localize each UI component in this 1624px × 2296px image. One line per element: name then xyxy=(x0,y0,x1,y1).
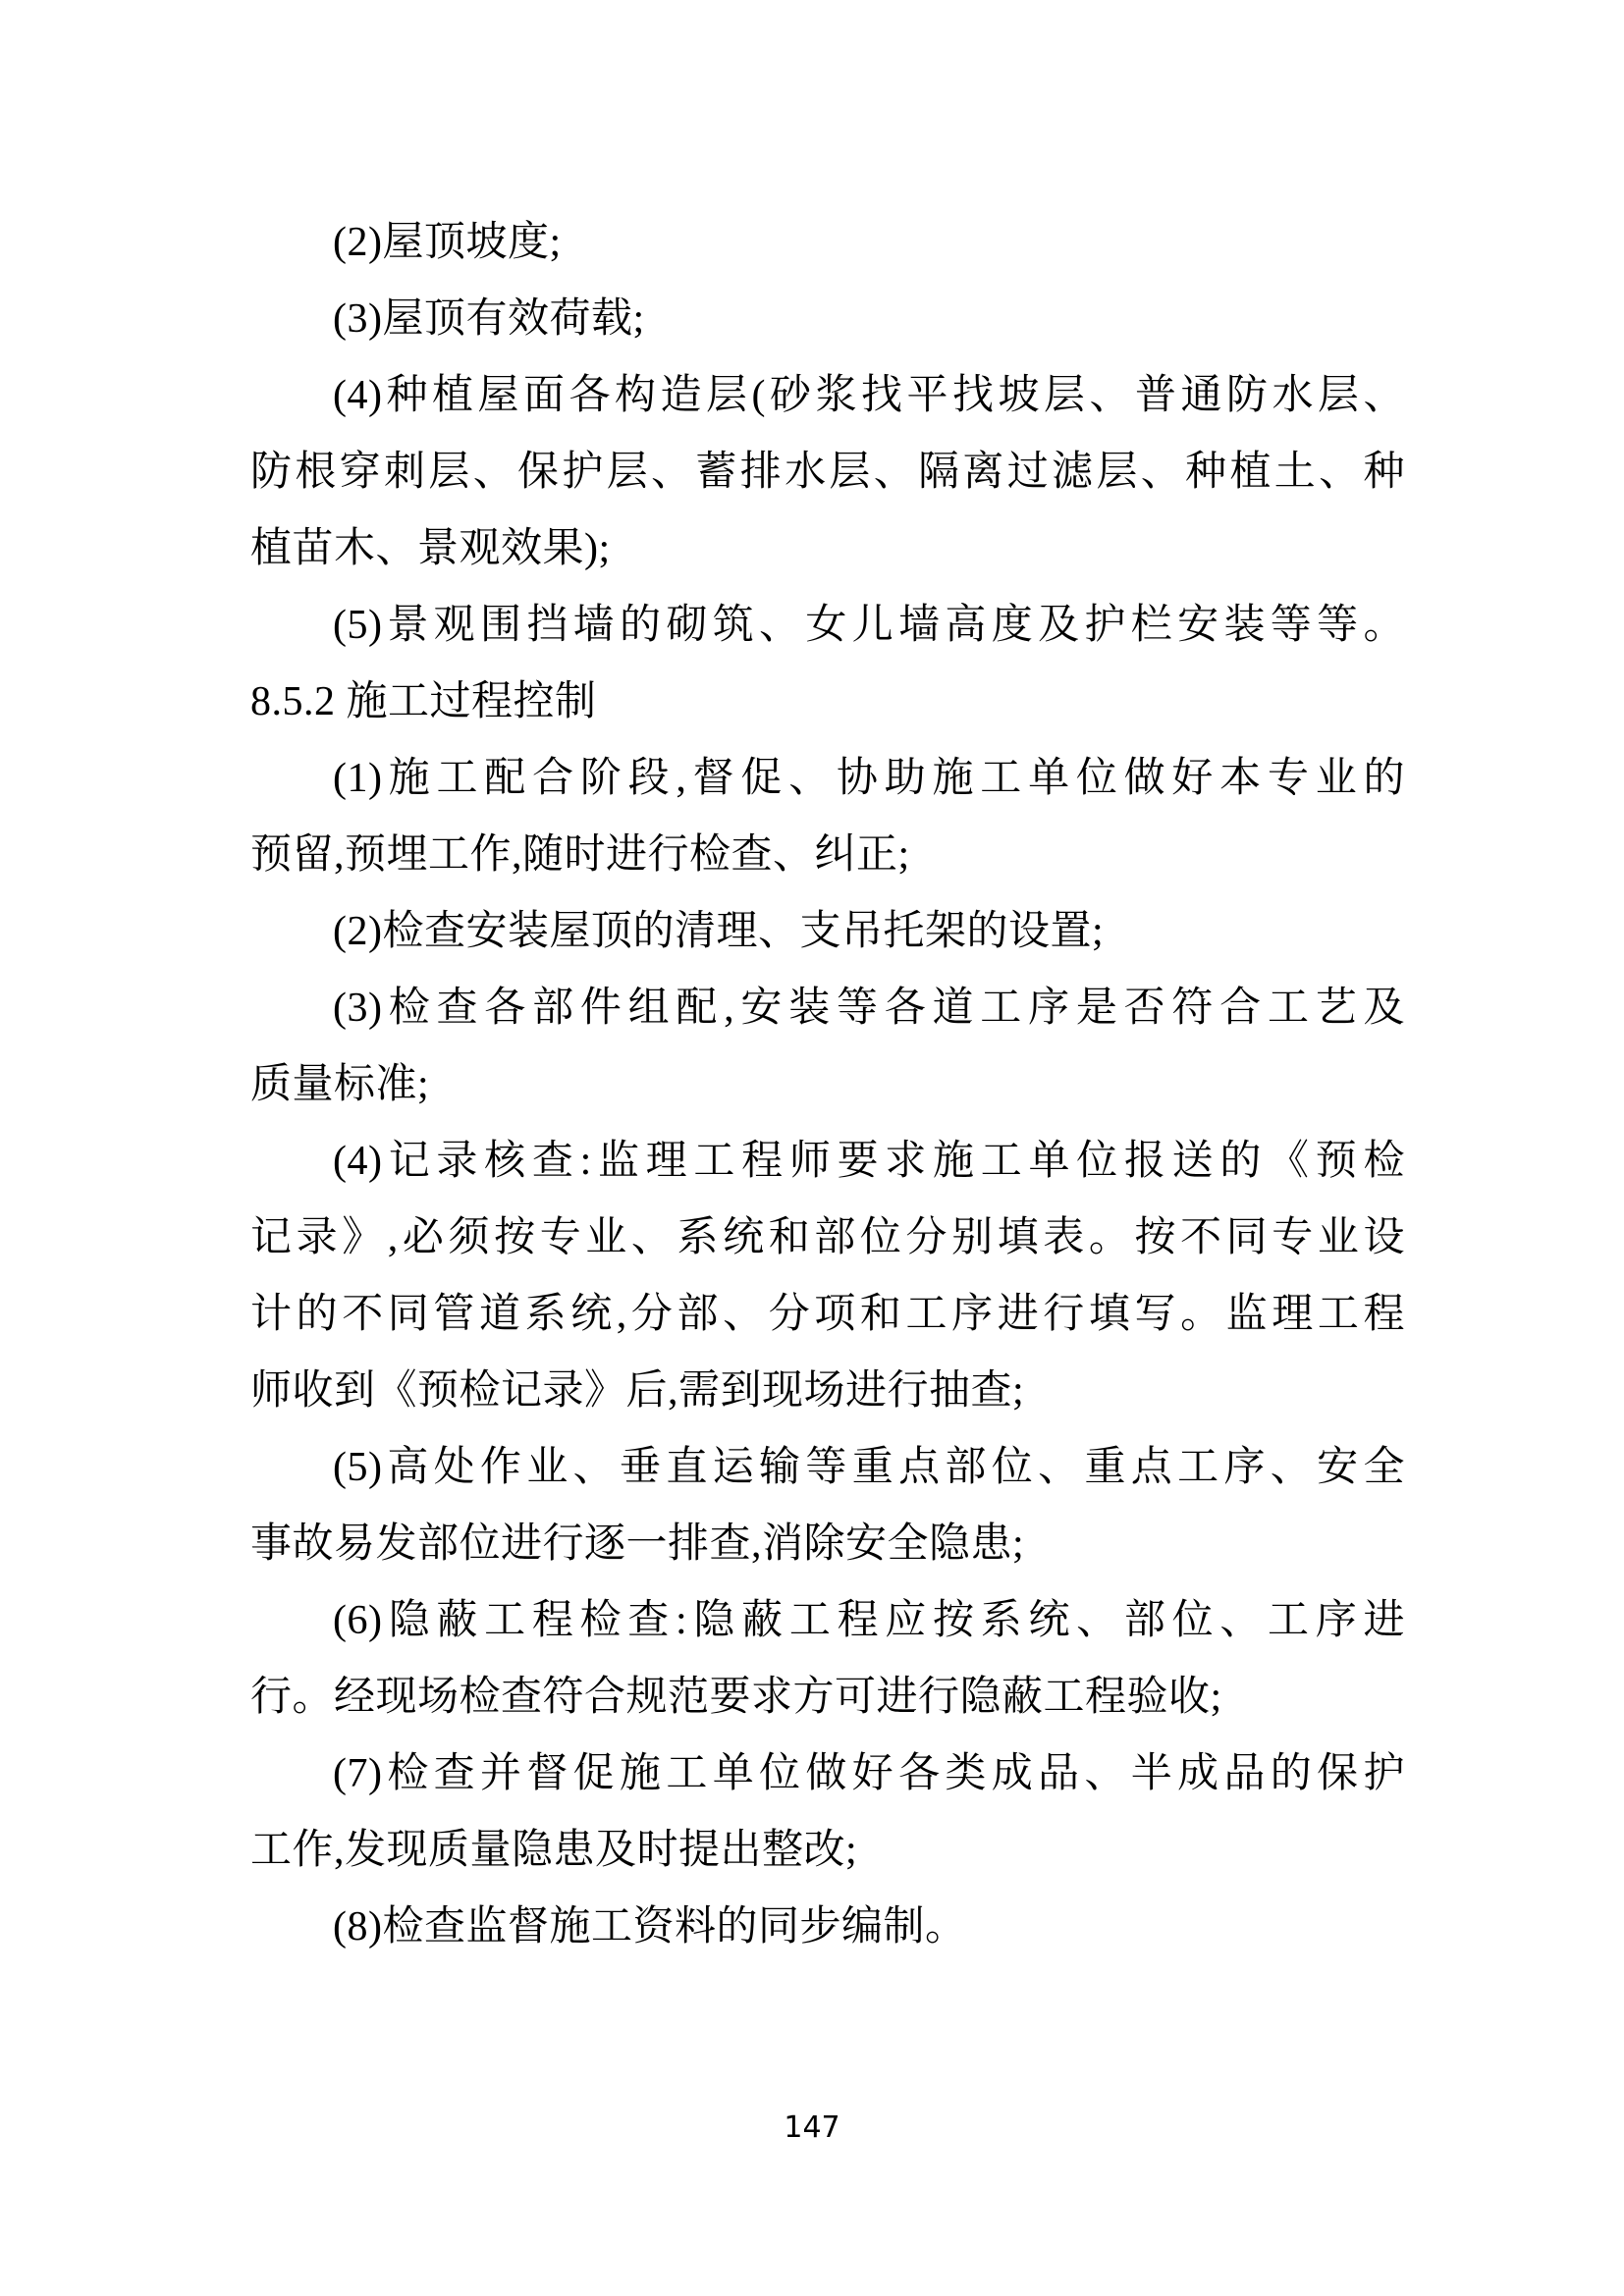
text-line: 事故易发部位进行逐一排查,消除安全隐患; xyxy=(250,1506,1405,1582)
page-number: 147 xyxy=(0,2110,1624,2146)
text-line: (3)检查各部件组配,安装等各道工序是否符合工艺及 xyxy=(250,970,1405,1046)
text-line: (5)景观围挡墙的砌筑、女儿墙高度及护栏安装等等。 xyxy=(250,587,1405,664)
text-line: (2)检查安装屋顶的清理、支吊托架的设置; xyxy=(250,893,1405,970)
text-line: 植苗木、景观效果); xyxy=(250,510,1405,587)
text-line: 记录》,必须按专业、系统和部位分别填表。按不同专业设 xyxy=(250,1200,1405,1276)
text-line: (3)屋顶有效荷载; xyxy=(250,281,1405,357)
text-line: (4)记录核查:监理工程师要求施工单位报送的《预检 xyxy=(250,1123,1405,1200)
text-line: (1)施工配合阶段,督促、协助施工单位做好本专业的 xyxy=(250,740,1405,817)
text-line: 工作,发现质量隐患及时提出整改; xyxy=(250,1812,1405,1889)
text-line: (4)种植屋面各构造层(砂浆找平找坡层、普通防水层、 xyxy=(250,357,1405,434)
text-line: 师收到《预检记录》后,需到现场进行抽查; xyxy=(250,1353,1405,1429)
text-line: 质量标准; xyxy=(250,1046,1405,1123)
text-line: 预留,预埋工作,随时进行检查、纠正; xyxy=(250,817,1405,893)
text-line: 计的不同管道系统,分部、分项和工序进行填写。监理工程 xyxy=(250,1276,1405,1353)
section-heading: 8.5.2 施工过程控制 xyxy=(250,664,1405,740)
text-line: (6)隐蔽工程检查:隐蔽工程应按系统、部位、工序进 xyxy=(250,1582,1405,1659)
text-line: (8)检查监督施工资料的同步编制。 xyxy=(250,1889,1405,1965)
document-body: (2)屋顶坡度; (3)屋顶有效荷载; (4)种植屋面各构造层(砂浆找平找坡层、… xyxy=(250,204,1405,1965)
text-line: 防根穿刺层、保护层、蓄排水层、隔离过滤层、种植土、种 xyxy=(250,434,1405,510)
text-line: (5)高处作业、垂直运输等重点部位、重点工序、安全 xyxy=(250,1429,1405,1506)
text-line: 行。经现场检查符合规范要求方可进行隐蔽工程验收; xyxy=(250,1659,1405,1735)
document-page: (2)屋顶坡度; (3)屋顶有效荷载; (4)种植屋面各构造层(砂浆找平找坡层、… xyxy=(0,0,1624,2296)
text-line: (7)检查并督促施工单位做好各类成品、半成品的保护 xyxy=(250,1735,1405,1812)
text-line: (2)屋顶坡度; xyxy=(250,204,1405,281)
